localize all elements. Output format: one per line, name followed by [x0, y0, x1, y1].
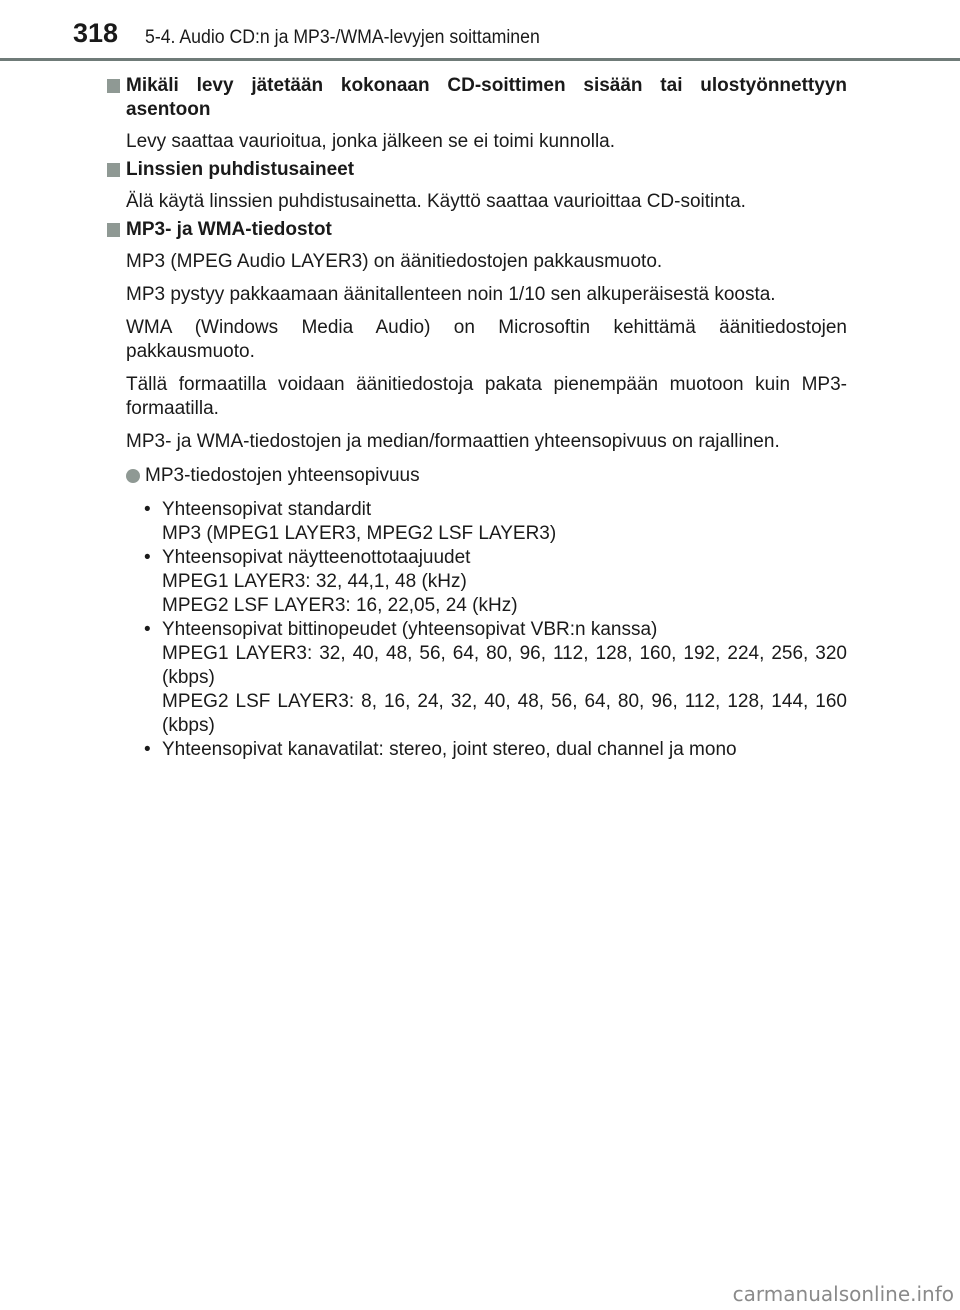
bullet-dot-icon: •: [144, 498, 151, 522]
bullet-dot-icon: •: [144, 738, 151, 762]
paragraph: MP3 (MPEG Audio LAYER3) on äänitiedostoj…: [107, 250, 847, 274]
list-item: • Yhteensopivat bittinopeudet (yhteensop…: [107, 618, 847, 738]
subsection-title: MP3-tiedostojen yhteensopivuus: [107, 464, 847, 488]
section-disc-left-in-player: Mikäli levy jätetään kokonaan CD-soittim…: [107, 74, 847, 154]
bullet-dot-icon: •: [144, 618, 151, 642]
section-title: Mikäli levy jätetään kokonaan CD-soittim…: [107, 74, 847, 122]
section-title: MP3- ja WMA-tiedostot: [107, 218, 847, 242]
paragraph: MP3 pystyy pakkaamaan äänitallenteen noi…: [107, 283, 847, 307]
paragraph: MP3- ja WMA-tiedostojen ja median/formaa…: [107, 430, 847, 454]
square-bullet-icon: [107, 79, 120, 93]
section-lens-cleaners: Linssien puhdistusaineet Älä käytä linss…: [107, 158, 847, 214]
section-mp3-wma-files: MP3- ja WMA-tiedostot MP3 (MPEG Audio LA…: [107, 218, 847, 762]
paragraph: Levy saattaa vaurioitua, jonka jälkeen s…: [107, 130, 847, 154]
list-item: • Yhteensopivat standardit MP3 (MPEG1 LA…: [107, 498, 847, 546]
page-header: 318 5-4. Audio CD:n ja MP3-/WMA-levyjen …: [0, 0, 960, 62]
section-title: Linssien puhdistusaineet: [107, 158, 847, 182]
circle-bullet-icon: [126, 469, 140, 483]
paragraph: WMA (Windows Media Audio) on Microsoftin…: [107, 316, 847, 364]
header-divider: [0, 58, 960, 61]
paragraph: Tällä formaatilla voidaan äänitiedostoja…: [107, 373, 847, 421]
list-item: • Yhteensopivat kanavatilat: stereo, joi…: [107, 738, 847, 762]
bullet-dot-icon: •: [144, 546, 151, 570]
page-content: Mikäli levy jätetään kokonaan CD-soittim…: [107, 70, 847, 762]
square-bullet-icon: [107, 163, 120, 177]
compatibility-list: • Yhteensopivat standardit MP3 (MPEG1 LA…: [107, 498, 847, 762]
list-item: • Yhteensopivat näytteenottotaajuudet MP…: [107, 546, 847, 618]
paragraph: Älä käytä linssien puhdistusainetta. Käy…: [107, 190, 847, 214]
chapter-title: 5-4. Audio CD:n ja MP3-/WMA-levyjen soit…: [145, 27, 540, 49]
page-number: 318: [73, 18, 118, 49]
square-bullet-icon: [107, 223, 120, 237]
watermark: carmanualsonline.info: [733, 1282, 954, 1306]
